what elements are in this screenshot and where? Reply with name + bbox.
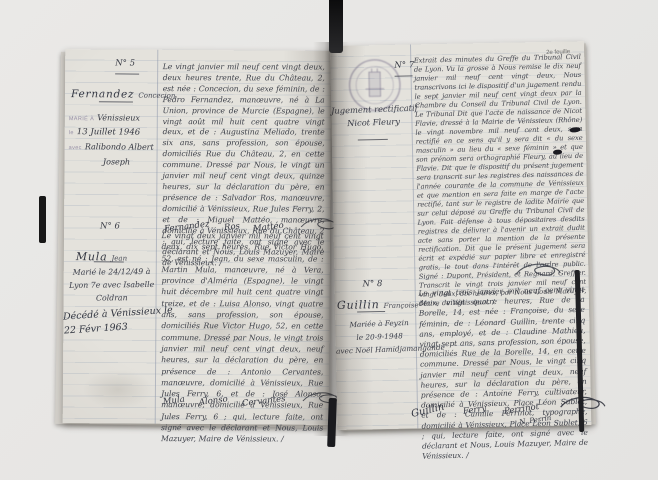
page-smudge — [456, 342, 537, 394]
ink-blot — [553, 149, 563, 155]
stamp-printed-marie: MARIÉ À — [69, 113, 95, 126]
stamp-date: 13 Juillet 1946 — [77, 126, 140, 139]
register-right-page: 2e feuille N° 7 Jugement rectificatifNic… — [330, 41, 591, 430]
page-smudge — [173, 300, 263, 361]
book-edge-dark-mark-left — [39, 196, 46, 243]
text-line: Lyon 7e avec Isabelle — [66, 278, 158, 292]
divider-dash — [115, 73, 139, 74]
signature: N. Perrin — [519, 414, 552, 426]
entry-5-act-text: Le vingt janvier mil neuf cent vingt deu… — [162, 62, 325, 270]
divider-dash — [395, 75, 413, 76]
entry-6-surname: Mula — [76, 250, 108, 263]
entry-7-act-text: Extrait des minutes du Greffe du Tribuna… — [414, 53, 587, 309]
entry-6-marriage-mention: Marié le 24/12/49 àLyon 7e avec Isabelle… — [65, 265, 157, 305]
signature: Alonso — [198, 394, 228, 407]
entry-6-margin-name: MulaJean — [76, 245, 127, 264]
register-left-page: N° 5 FernandezConcecion MARIÉ ÀVénissieu… — [63, 49, 332, 425]
signature: Cervantes — [241, 394, 286, 409]
text-line: avec Noël Hamidjamangande — [336, 341, 424, 357]
text-line: Marié le 24/12/49 à — [65, 265, 157, 279]
round-official-stamp-icon — [346, 57, 403, 118]
text-line: Décédé à Vénissieux le — [63, 304, 164, 324]
entry-6-number: N° 6 — [100, 221, 120, 231]
entry-6-firstname: Jean — [111, 254, 127, 262]
divider-dash — [358, 139, 388, 141]
entry-5-surname: Fernandez — [71, 88, 134, 100]
stamp-spouse-line2: Joseph — [103, 155, 130, 168]
signature: Guillin — [410, 402, 445, 420]
ink-blot — [569, 127, 581, 133]
page-smudge — [83, 369, 153, 409]
entry-6-act-text: Le vingt deux janvier mil neuf cent ving… — [161, 230, 324, 445]
stamp-spouse: Ralibondo Albert — [85, 140, 154, 153]
sheet-corner-label: 2e feuille — [546, 49, 570, 56]
entry-6-death-mention: Décédé à Vénissieux le22 Févr 1963 — [63, 304, 165, 338]
entry-8-number: N° 8 — [362, 279, 382, 289]
entry-5-number: N° 5 — [115, 58, 135, 68]
entry-8-firstname: Françoise — [384, 301, 419, 310]
scanned-register-spread: N° 5 FernandezConcecion MARIÉ ÀVénissieu… — [0, 0, 658, 480]
stamp-place: Vénissieux — [97, 111, 140, 124]
signature: Perrinot — [504, 402, 540, 417]
divider-dash — [99, 101, 133, 102]
margin-rule-right-page — [410, 44, 418, 428]
mayor-paraphe-flourish — [512, 262, 562, 281]
signature: Ferry — [462, 404, 487, 417]
stamp-printed-le: le — [69, 127, 74, 140]
divider-dash — [357, 311, 385, 313]
entry-5-margin-name: FernandezConcecion — [71, 82, 176, 102]
entry-7-number: N° 7 — [394, 60, 414, 70]
entry-5-firstname: Concecion — [138, 92, 175, 100]
signature: Ros — [223, 221, 240, 233]
signature: Mula — [162, 395, 185, 407]
text-line: Coldran — [66, 291, 158, 305]
binding-gap-dark-strip-top — [329, 0, 343, 53]
stamp-printed-avec: avec — [69, 142, 82, 155]
entry-5-marriage-stamp: MARIÉ ÀVénissieux le13 Juillet 1946 avec… — [68, 111, 164, 169]
entry-8-margin-name: GuillinFrançoise — [337, 292, 419, 313]
signature: Fernandez — [164, 219, 210, 234]
margin-rule-left-page — [155, 50, 159, 424]
binding-gap-dark-strip-bottom — [327, 398, 337, 447]
entry-8-act-text: Le vingt trois janvier mil neuf cent vin… — [418, 285, 588, 462]
book-gutter-shadow — [313, 42, 349, 436]
text-line: 22 Févr 1963 — [64, 318, 165, 338]
signature: Mattéo — [253, 221, 285, 234]
divider-dash — [94, 261, 124, 262]
